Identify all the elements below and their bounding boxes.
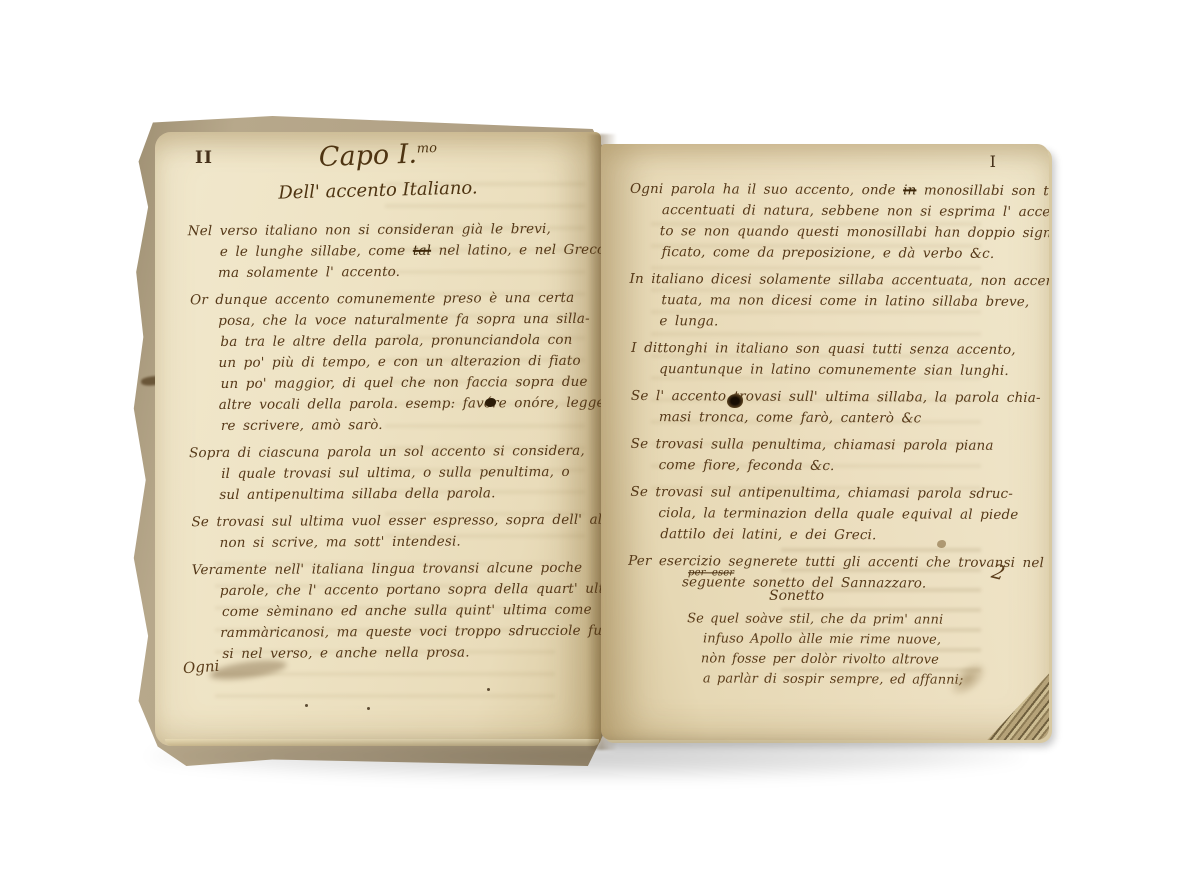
manuscript-line: come fiore, feconda &c. xyxy=(629,455,1039,478)
chapter-title-superscript: mo xyxy=(417,141,438,157)
photograph-background: II Capo I.mo Dell' accento Italiano. Nel… xyxy=(0,0,1200,879)
chapter-title-text: Capo I. xyxy=(318,139,417,173)
manuscript-book: II Capo I.mo Dell' accento Italiano. Nel… xyxy=(125,110,1065,765)
manuscript-line: il quale trovasi sul ultima, o sulla pen… xyxy=(191,462,587,485)
manuscript-line: a parlàr di sospir sempre, ed affanni; xyxy=(689,669,964,690)
ink-speck xyxy=(367,707,370,710)
page-number-right: I xyxy=(990,152,997,171)
manuscript-line: Se l' accento trovasi sull' ultima silla… xyxy=(631,386,1039,409)
manuscript-line: tuata, ma non dicesi come in latino sill… xyxy=(631,290,1039,313)
manuscript-line: infuso Apollo àlle mie rime nuove, xyxy=(689,629,964,650)
ink-blot xyxy=(727,394,743,408)
crossed-out-insertion: per eser xyxy=(688,562,734,583)
manuscript-line: per eserseguente sonetto del Sannazzaro. xyxy=(630,572,1038,595)
manuscript-line: altre vocali della parola. esemp: favóre… xyxy=(189,393,587,416)
left-page: II Capo I.mo Dell' accento Italiano. Nel… xyxy=(155,132,601,746)
manuscript-line: ba tra le altre della parola, pronuncian… xyxy=(190,330,586,353)
manuscript-line: non si scrive, ma sott' intendesi. xyxy=(190,531,588,554)
manuscript-line: un po' più di tempo, e con un alterazion… xyxy=(188,351,586,374)
manuscript-line: ficato, come da preposizione, e dà verbo… xyxy=(632,242,1040,265)
manuscript-line: accentuati di natura, sebbene non si esp… xyxy=(632,200,1040,223)
manuscript-line: e le lunghe sillabe, come tal nel latino… xyxy=(190,240,586,263)
manuscript-line: to se non quando questi monosillabi han … xyxy=(630,221,1040,244)
ink-blot xyxy=(485,398,496,407)
manuscript-line: I dittonghi in italiano son quasi tutti … xyxy=(631,338,1039,361)
manuscript-line: parole, che l' accento portano sopra del… xyxy=(190,579,588,602)
manuscript-line: dattilo dei latini, e dei Greci. xyxy=(630,524,1038,547)
manuscript-line: Se quel soàve stil, che da prim' anni xyxy=(687,609,964,630)
right-page: I Ogni parola ha il suo accento, onde in… xyxy=(601,144,1049,740)
chapter-title: Capo I.mo xyxy=(155,132,601,179)
sonnet-lines: Se quel soàve stil, che da prim' anniinf… xyxy=(687,609,964,690)
manuscript-line: ciola, la terminazion della quale equiva… xyxy=(628,503,1038,526)
manuscript-line: re scrivere, amò sarò. xyxy=(191,414,587,437)
right-page-lines: Ogni parola ha il suo accento, onde in m… xyxy=(628,179,1040,595)
manuscript-line: e lunga. xyxy=(629,311,1039,334)
manuscript-line: rammàricanosi, ma queste voci troppo sdr… xyxy=(190,621,588,644)
ink-speck xyxy=(305,704,308,707)
manuscript-line: ma solamente l' accento. xyxy=(188,261,586,284)
manuscript-line: Or dunque accento comunemente preso è un… xyxy=(190,288,586,311)
crossed-out-word: tal xyxy=(413,243,431,259)
left-page-lines: Nel verso italiano non si consideran già… xyxy=(188,219,589,665)
ink-speck xyxy=(487,688,490,691)
manuscript-line: Ogni parola ha il suo accento, onde in m… xyxy=(630,179,1040,202)
book-shadow xyxy=(150,740,1022,780)
manuscript-line: nòn fosse per dolòr rivolto altrove xyxy=(687,649,964,670)
manuscript-line: In italiano dicesi solamente sillaba acc… xyxy=(630,269,1040,292)
manuscript-line: come sèminano ed anche sulla quint' ulti… xyxy=(192,600,588,623)
manuscript-line: Veramente nell' italiana lingua trovansi… xyxy=(192,558,588,581)
ink-stain xyxy=(937,540,946,548)
manuscript-line: masi tronca, come farò, canterò &c xyxy=(629,407,1039,430)
manuscript-line: posa, che la voce naturalmente fa sopra … xyxy=(188,309,586,332)
manuscript-line: un po' maggior, di quel che non faccia s… xyxy=(191,372,587,395)
manuscript-line: sul antipenultima sillaba della parola. xyxy=(189,483,587,506)
manuscript-line: Se trovasi sulla penultima, chiamasi par… xyxy=(631,434,1039,457)
manuscript-line: Nel verso italiano non si consideran già… xyxy=(188,219,586,242)
crossed-out-word: in xyxy=(903,182,916,198)
frayed-corner xyxy=(976,671,1049,740)
sonnet-heading: Sonetto xyxy=(769,588,824,604)
manuscript-line: Se trovasi sul ultima vuol esser espress… xyxy=(191,510,587,533)
manuscript-line: Se trovasi sul antipenultima, chiamasi p… xyxy=(630,482,1038,505)
manuscript-line: Sopra di ciascuna parola un sol accento … xyxy=(189,441,587,464)
manuscript-line: quantunque in latino comunemente sian lu… xyxy=(629,359,1039,382)
chapter-subtitle: Dell' accento Italiano. xyxy=(155,174,601,207)
